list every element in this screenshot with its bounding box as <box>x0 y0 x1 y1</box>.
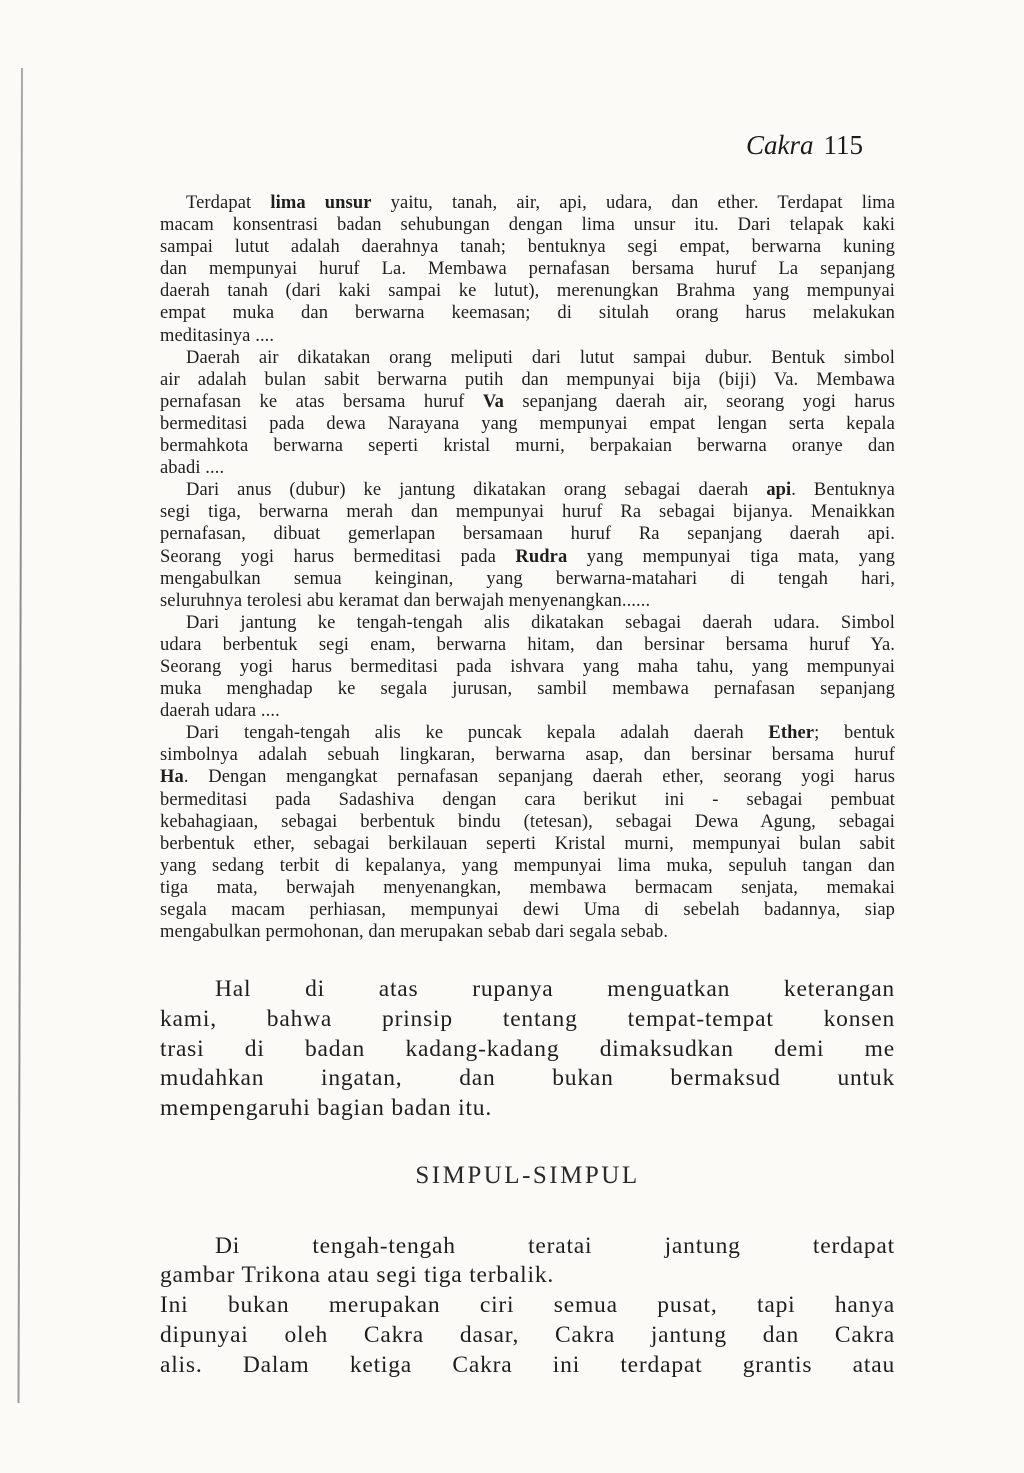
text-run: yang sedang terbit di kepalanya, yang me… <box>160 856 895 876</box>
text-line: Di tengah-tengah teratai jantung terdapa… <box>160 1232 895 1262</box>
text-run: meditasinya .... <box>160 326 274 346</box>
text-run: alis. Dalam ketiga Cakra ini terdapat gr… <box>160 1352 895 1378</box>
text-run: daerah tanah (dari kaki sampai ke lutut)… <box>160 281 895 301</box>
text-line: pernafasan, dibuat gemerlapan bersamaan … <box>160 523 895 545</box>
text-line: Ha. Dengan mengangkat pernafasan sepanja… <box>160 766 895 788</box>
text-line: simbolnya adalah sebuah lingkaran, berwa… <box>160 744 895 766</box>
page-edge-scan-line <box>18 68 23 1403</box>
text-run: Seorang yogi harus bermeditasi pada ishv… <box>160 657 895 677</box>
text-line: Ini bukan merupakan ciri semua pusat, ta… <box>160 1291 895 1321</box>
text-run: dan mempunyai huruf La. Membawa pernafas… <box>160 259 895 279</box>
text-line: mudahkan ingatan, dan bukan bermaksud un… <box>160 1064 895 1094</box>
text-run: Hal di atas rupanya menguatkan keteranga… <box>215 976 895 1002</box>
emphasis-paragraph-1: Hal di atas rupanya menguatkan keteranga… <box>160 975 895 1124</box>
text-line: bermeditasi pada dewa Narayana yang memp… <box>160 413 895 435</box>
text-run: Ini bukan merupakan ciri semua pusat, ta… <box>160 1292 895 1318</box>
text-line: mempengaruhi bagian badan itu. <box>160 1094 895 1124</box>
text-run: yaitu, tanah, air, api, udara, dan ether… <box>372 193 895 213</box>
bold-term: Va <box>483 392 504 412</box>
text-run: berbentuk ether, sebagai berkilauan sepe… <box>160 834 895 854</box>
text-line: muka menghadap ke segala jurusan, sambil… <box>160 678 895 700</box>
text-run: seluruhnya terolesi abu keramat dan berw… <box>160 591 650 611</box>
text-run: kami, bahwa prinsip tentang tempat-tempa… <box>160 1006 895 1032</box>
text-run: ; bentuk <box>814 723 895 743</box>
text-run: udara berbentuk segi enam, berwarna hita… <box>160 635 895 655</box>
text-line: Hal di atas rupanya menguatkan keteranga… <box>160 975 895 1005</box>
body-paragraphs: Terdapat lima unsur yaitu, tanah, air, a… <box>160 192 895 943</box>
text-run: mengabulkan semua keinginan, yang berwar… <box>160 569 895 589</box>
bold-term: Rudra <box>515 547 567 567</box>
text-line: kebahagiaan, sebagai berbentuk bindu (te… <box>160 811 895 833</box>
text-line: dan mempunyai huruf La. Membawa pernafas… <box>160 258 895 280</box>
text-run: empat muka dan berwarna keemasan; di sit… <box>160 303 895 323</box>
text-line: dipunyai oleh Cakra dasar, Cakra jantung… <box>160 1321 895 1351</box>
text-line: Seorang yogi harus bermeditasi pada Rudr… <box>160 546 895 568</box>
text-run: muka menghadap ke segala jurusan, sambil… <box>160 679 895 699</box>
text-run: gambar Trikona atau segi tiga terbalik. <box>160 1262 554 1288</box>
text-line: daerah udara .... <box>160 700 895 722</box>
text-run: segala macam perhiasan, mempunyai dewi U… <box>160 900 895 920</box>
text-line: trasi di badan kadang-kadang dimaksudkan… <box>160 1035 895 1065</box>
section-heading: SIMPUL-SIMPUL <box>160 1160 895 1192</box>
text-line: tiga mata, berwajah menyenangkan, membaw… <box>160 877 895 899</box>
text-line: udara berbentuk segi enam, berwarna hita… <box>160 634 895 656</box>
text-run: simbolnya adalah sebuah lingkaran, berwa… <box>160 745 895 765</box>
text-line: gambar Trikona atau segi tiga terbalik. <box>160 1261 895 1291</box>
text-run: bermeditasi pada Sadashiva dengan cara b… <box>160 790 895 810</box>
text-run: Di tengah-tengah teratai jantung terdapa… <box>215 1233 895 1259</box>
text-line: berbentuk ether, sebagai berkilauan sepe… <box>160 833 895 855</box>
text-line: yang sedang terbit di kepalanya, yang me… <box>160 855 895 877</box>
page-number: 115 <box>824 130 864 160</box>
text-line: alis. Dalam ketiga Cakra ini terdapat gr… <box>160 1351 895 1381</box>
text-line: Daerah air dikatakan orang meliputi dari… <box>160 347 895 369</box>
text-run: yang mempunyai tiga mata, yang <box>567 547 895 567</box>
text-line: meditasinya .... <box>160 325 895 347</box>
text-line: daerah tanah (dari kaki sampai ke lutut)… <box>160 280 895 302</box>
text-run: mempengaruhi bagian badan itu. <box>160 1095 492 1121</box>
bold-term: Ether <box>768 723 814 743</box>
text-run: air adalah bulan sabit berwarna putih da… <box>160 370 895 390</box>
text-line: bermahkota berwarna seperti kristal murn… <box>160 435 895 457</box>
text-run: Dari tengah-tengah alis ke puncak kepala… <box>186 723 768 743</box>
text-run: . Bentuknya <box>791 480 895 500</box>
text-line: Dari jantung ke tengah-tengah alis dikat… <box>160 612 895 634</box>
text-run: mudahkan ingatan, dan bukan bermaksud un… <box>160 1065 895 1091</box>
text-run: Dari jantung ke tengah-tengah alis dikat… <box>186 613 895 633</box>
text-run: segi tiga, berwarna merah dan mempunyai … <box>160 502 895 522</box>
text-run: pernafasan, dibuat gemerlapan bersamaan … <box>160 524 895 544</box>
text-run: Dari anus (dubur) ke jantung dikatakan o… <box>186 480 766 500</box>
text-run: . Dengan mengangkat pernafasan sepanjang… <box>184 767 895 787</box>
text-line: Dari tengah-tengah alis ke puncak kepala… <box>160 722 895 744</box>
text-line: mengabulkan permohonan, dan merupakan se… <box>160 921 895 943</box>
text-line: mengabulkan semua keinginan, yang berwar… <box>160 568 895 590</box>
text-run: pernafasan ke atas bersama huruf <box>160 392 483 412</box>
text-line: Seorang yogi harus bermeditasi pada ishv… <box>160 656 895 678</box>
text-line: sampai lutut adalah daerahnya tanah; ben… <box>160 236 895 258</box>
text-run: bermahkota berwarna seperti kristal murn… <box>160 436 895 456</box>
text-line: kami, bahwa prinsip tentang tempat-tempa… <box>160 1005 895 1035</box>
text-line: empat muka dan berwarna keemasan; di sit… <box>160 302 895 324</box>
text-line: pernafasan ke atas bersama huruf Va sepa… <box>160 391 895 413</box>
text-run: abadi .... <box>160 458 224 478</box>
text-run: Daerah air dikatakan orang meliputi dari… <box>186 348 895 368</box>
text-line: Dari anus (dubur) ke jantung dikatakan o… <box>160 479 895 501</box>
running-header: Cakra115 <box>160 130 895 160</box>
text-line: seluruhnya terolesi abu keramat dan berw… <box>160 590 895 612</box>
text-line: segi tiga, berwarna merah dan mempunyai … <box>160 501 895 523</box>
page-content: Cakra115 Terdapat lima unsur yaitu, tana… <box>160 130 895 1380</box>
bold-term: api <box>766 480 791 500</box>
text-run: Seorang yogi harus bermeditasi pada <box>160 547 515 567</box>
text-line: macam konsentrasi badan sehubungan denga… <box>160 214 895 236</box>
text-run: sepanjang daerah air, seorang yogi harus <box>504 392 895 412</box>
text-line: bermeditasi pada Sadashiva dengan cara b… <box>160 789 895 811</box>
text-run: sampai lutut adalah daerahnya tanah; ben… <box>160 237 895 257</box>
bold-term: lima unsur <box>270 193 371 213</box>
text-run: Terdapat <box>186 193 270 213</box>
text-line: air adalah bulan sabit berwarna putih da… <box>160 369 895 391</box>
text-run: tiga mata, berwajah menyenangkan, membaw… <box>160 878 895 898</box>
emphasis-paragraph-2: Di tengah-tengah teratai jantung terdapa… <box>160 1232 895 1381</box>
bold-term: Ha <box>160 767 184 787</box>
chapter-title: Cakra <box>746 130 814 160</box>
text-run: daerah udara .... <box>160 701 280 721</box>
text-run: macam konsentrasi badan sehubungan denga… <box>160 215 895 235</box>
text-line: abadi .... <box>160 457 895 479</box>
text-line: Terdapat lima unsur yaitu, tanah, air, a… <box>160 192 895 214</box>
text-run: bermeditasi pada dewa Narayana yang memp… <box>160 414 895 434</box>
text-run: trasi di badan kadang-kadang dimaksudkan… <box>160 1036 895 1062</box>
text-run: dipunyai oleh Cakra dasar, Cakra jantung… <box>160 1322 895 1348</box>
text-run: mengabulkan permohonan, dan merupakan se… <box>160 922 668 942</box>
text-run: kebahagiaan, sebagai berbentuk bindu (te… <box>160 812 895 832</box>
text-line: segala macam perhiasan, mempunyai dewi U… <box>160 899 895 921</box>
